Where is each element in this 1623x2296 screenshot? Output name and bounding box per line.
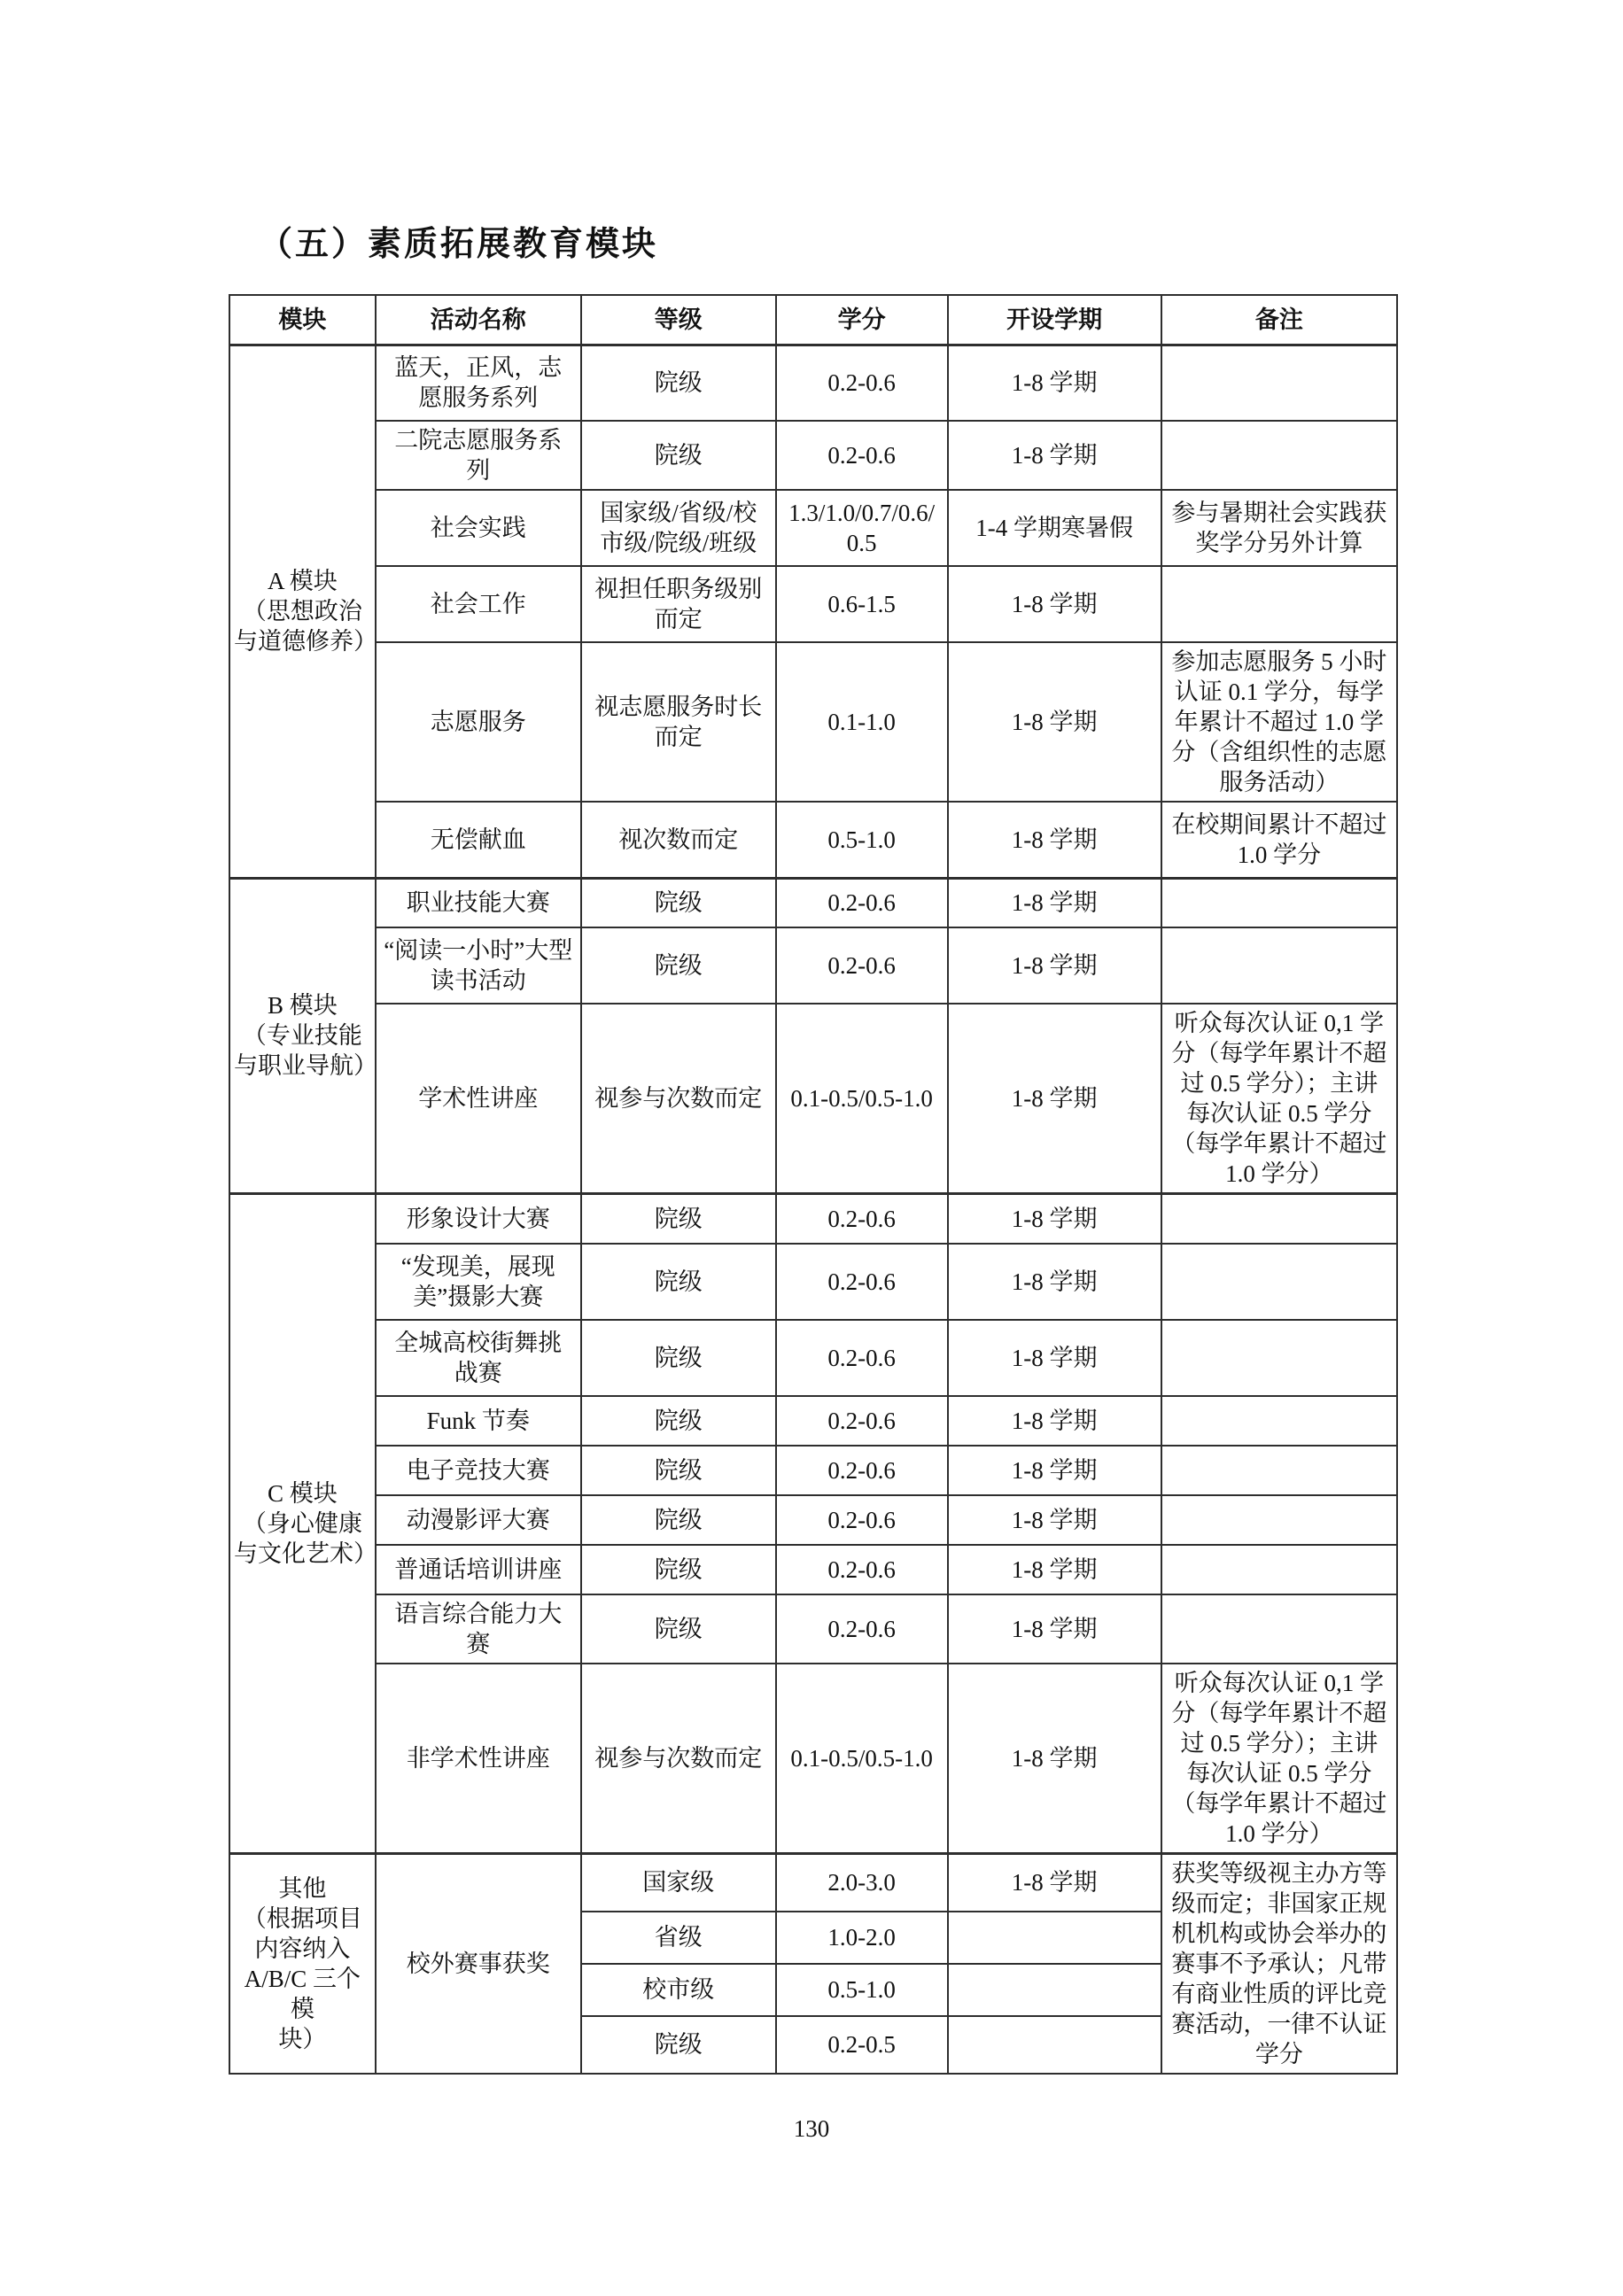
table-row: 二院志愿服务系列 院级 0.2-0.6 1-8 学期 [229, 421, 1397, 490]
credit-cell: 0.5-1.0 [776, 802, 948, 878]
level-cell: 院级 [581, 345, 776, 421]
table-row: C 模块 （身心健康 与文化艺术） 形象设计大赛 院级 0.2-0.6 1-8 … [229, 1194, 1397, 1244]
semester-cell: 1-8 学期 [948, 1244, 1161, 1320]
semester-cell: 1-8 学期 [948, 1545, 1161, 1594]
semester-cell: 1-8 学期 [948, 1320, 1161, 1396]
table-row: 社会实践 国家级/省级/校市级/院级/班级 1.3/1.0/0.7/0.6/0.… [229, 490, 1397, 566]
table-row: B 模块 （专业技能 与职业导航） 职业技能大赛 院级 0.2-0.6 1-8 … [229, 878, 1397, 927]
level-cell: 国家级 [581, 1853, 776, 1911]
table-row: 其他 （根据项目 内容纳入 A/B/C 三个模 块） 校外赛事获奖 国家级 2.… [229, 1853, 1397, 1911]
remark-cell [1161, 1446, 1397, 1495]
credit-cell: 0.2-0.5 [776, 2016, 948, 2074]
credit-cell: 0.1-1.0 [776, 642, 948, 802]
quality-credit-table: 模块 活动名称 等级 学分 开设学期 备注 A 模块 （思想政治 与道德修养） … [229, 294, 1398, 2075]
table-row: 非学术性讲座 视参与次数而定 0.1-0.5/0.5-1.0 1-8 学期 听众… [229, 1664, 1397, 1854]
credit-cell: 0.2-0.6 [776, 345, 948, 421]
semester-cell [948, 1912, 1161, 1964]
table-row: 无偿献血 视次数而定 0.5-1.0 1-8 学期 在校期间累计不超过 1.0 … [229, 802, 1397, 878]
activity-cell: 语言综合能力大赛 [376, 1594, 581, 1664]
credit-cell: 0.2-0.6 [776, 878, 948, 927]
activity-cell: 校外赛事获奖 [376, 1853, 581, 2074]
header-level: 等级 [581, 295, 776, 345]
credit-cell: 0.2-0.6 [776, 421, 948, 490]
level-cell: 视志愿服务时长而定 [581, 642, 776, 802]
credit-cell: 1.0-2.0 [776, 1912, 948, 1964]
module-a-cell: A 模块 （思想政治 与道德修养） [229, 345, 376, 878]
remark-cell [1161, 566, 1397, 642]
credit-cell: 0.2-0.6 [776, 1495, 948, 1545]
table-row: A 模块 （思想政治 与道德修养） 蓝天，正风，志愿服务系列 院级 0.2-0.… [229, 345, 1397, 421]
remark-cell [1161, 927, 1397, 1004]
level-cell: 院级 [581, 1495, 776, 1545]
header-semester: 开设学期 [948, 295, 1161, 345]
header-row: 模块 活动名称 等级 学分 开设学期 备注 [229, 295, 1397, 345]
credit-cell: 0.2-0.6 [776, 1446, 948, 1495]
module-other-cell: 其他 （根据项目 内容纳入 A/B/C 三个模 块） [229, 1853, 376, 2074]
activity-cell: 二院志愿服务系列 [376, 421, 581, 490]
semester-cell: 1-8 学期 [948, 1446, 1161, 1495]
level-cell: 院级 [581, 1545, 776, 1594]
table-row: 学术性讲座 视参与次数而定 0.1-0.5/0.5-1.0 1-8 学期 听众每… [229, 1004, 1397, 1194]
table-row: 社会工作 视担任职务级别而定 0.6-1.5 1-8 学期 [229, 566, 1397, 642]
header-remark: 备注 [1161, 295, 1397, 345]
level-cell: 院级 [581, 1446, 776, 1495]
level-cell: 院级 [581, 1396, 776, 1446]
credit-cell: 1.3/1.0/0.7/0.6/0.5 [776, 490, 948, 566]
level-cell: 视参与次数而定 [581, 1004, 776, 1194]
module-b-cell: B 模块 （专业技能 与职业导航） [229, 878, 376, 1194]
remark-cell [1161, 421, 1397, 490]
level-cell: 校市级 [581, 1964, 776, 2016]
semester-cell: 1-8 学期 [948, 345, 1161, 421]
level-cell: 院级 [581, 1320, 776, 1396]
remark-cell [1161, 1320, 1397, 1396]
module-c-cell: C 模块 （身心健康 与文化艺术） [229, 1194, 376, 1854]
remark-cell: 听众每次认证 0,1 学分（每学年累计不超过 0.5 学分）；主讲每次认证 0.… [1161, 1664, 1397, 1854]
activity-cell: 全城高校街舞挑战赛 [376, 1320, 581, 1396]
remark-cell: 参与暑期社会实践获奖学分另外计算 [1161, 490, 1397, 566]
table-row: 动漫影评大赛 院级 0.2-0.6 1-8 学期 [229, 1495, 1397, 1545]
activity-cell: 形象设计大赛 [376, 1194, 581, 1244]
activity-cell: 非学术性讲座 [376, 1664, 581, 1854]
credit-cell: 0.5-1.0 [776, 1964, 948, 2016]
level-cell: 院级 [581, 878, 776, 927]
credit-cell: 0.2-0.6 [776, 1545, 948, 1594]
header-activity: 活动名称 [376, 295, 581, 345]
credit-cell: 0.2-0.6 [776, 1320, 948, 1396]
credit-cell: 0.2-0.6 [776, 1194, 948, 1244]
activity-cell: “发现美，展现美”摄影大赛 [376, 1244, 581, 1320]
activity-cell: 普通话培训讲座 [376, 1545, 581, 1594]
table-row: 普通话培训讲座 院级 0.2-0.6 1-8 学期 [229, 1545, 1397, 1594]
credit-cell: 0.2-0.6 [776, 1244, 948, 1320]
level-cell: 视参与次数而定 [581, 1664, 776, 1854]
semester-cell: 1-8 学期 [948, 1194, 1161, 1244]
remark-cell [1161, 1396, 1397, 1446]
table-row: 语言综合能力大赛 院级 0.2-0.6 1-8 学期 [229, 1594, 1397, 1664]
activity-cell: “阅读一小时”大型读书活动 [376, 927, 581, 1004]
table-row: “阅读一小时”大型读书活动 院级 0.2-0.6 1-8 学期 [229, 927, 1397, 1004]
credit-cell: 0.1-0.5/0.5-1.0 [776, 1004, 948, 1194]
level-cell: 省级 [581, 1912, 776, 1964]
table-row: “发现美，展现美”摄影大赛 院级 0.2-0.6 1-8 学期 [229, 1244, 1397, 1320]
credit-cell: 0.6-1.5 [776, 566, 948, 642]
level-cell: 院级 [581, 2016, 776, 2074]
remark-cell [1161, 1545, 1397, 1594]
table-row: 全城高校街舞挑战赛 院级 0.2-0.6 1-8 学期 [229, 1320, 1397, 1396]
level-cell: 院级 [581, 1244, 776, 1320]
remark-cell [1161, 1594, 1397, 1664]
table-row: Funk 节奏 院级 0.2-0.6 1-8 学期 [229, 1396, 1397, 1446]
semester-cell: 1-8 学期 [948, 878, 1161, 927]
remark-cell [1161, 1495, 1397, 1545]
semester-cell: 1-8 学期 [948, 1004, 1161, 1194]
document-page: { "page": { "title": "（五）素质拓展教育模块", "pag… [0, 0, 1623, 2296]
level-cell: 国家级/省级/校市级/院级/班级 [581, 490, 776, 566]
activity-cell: 社会工作 [376, 566, 581, 642]
semester-cell: 1-8 学期 [948, 1495, 1161, 1545]
activity-cell: 职业技能大赛 [376, 878, 581, 927]
semester-cell: 1-8 学期 [948, 1664, 1161, 1854]
remark-cell: 听众每次认证 0,1 学分（每学年累计不超过 0.5 学分）；主讲每次认证 0.… [1161, 1004, 1397, 1194]
semester-cell: 1-4 学期寒暑假 [948, 490, 1161, 566]
semester-cell: 1-8 学期 [948, 642, 1161, 802]
remark-cell: 在校期间累计不超过 1.0 学分 [1161, 802, 1397, 878]
remark-cell: 参加志愿服务 5 小时认证 0.1 学分，每学年累计不超过 1.0 学分（含组织… [1161, 642, 1397, 802]
credit-cell: 0.2-0.6 [776, 1396, 948, 1446]
table-row: 电子竞技大赛 院级 0.2-0.6 1-8 学期 [229, 1446, 1397, 1495]
semester-cell [948, 2016, 1161, 2074]
level-cell: 视担任职务级别而定 [581, 566, 776, 642]
credit-cell: 0.2-0.6 [776, 1594, 948, 1664]
level-cell: 院级 [581, 1594, 776, 1664]
activity-cell: 学术性讲座 [376, 1004, 581, 1194]
remark-cell [1161, 1244, 1397, 1320]
credit-cell: 0.2-0.6 [776, 927, 948, 1004]
semester-cell: 1-8 学期 [948, 1396, 1161, 1446]
semester-cell: 1-8 学期 [948, 1594, 1161, 1664]
level-cell: 院级 [581, 1194, 776, 1244]
semester-cell: 1-8 学期 [948, 927, 1161, 1004]
semester-cell [948, 1964, 1161, 2016]
header-credit: 学分 [776, 295, 948, 345]
remark-cell [1161, 878, 1397, 927]
remark-cell [1161, 1194, 1397, 1244]
semester-cell: 1-8 学期 [948, 802, 1161, 878]
level-cell: 院级 [581, 927, 776, 1004]
credit-cell: 2.0-3.0 [776, 1853, 948, 1911]
credit-cell: 0.1-0.5/0.5-1.0 [776, 1664, 948, 1854]
page-title: （五）素质拓展教育模块 [259, 216, 658, 265]
remark-cell [1161, 345, 1397, 421]
activity-cell: 社会实践 [376, 490, 581, 566]
remark-cell: 获奖等级视主办方等级而定；非国家正规机机构或协会举办的赛事不予承认；凡带有商业性… [1161, 1853, 1397, 2074]
activity-cell: 动漫影评大赛 [376, 1495, 581, 1545]
activity-cell: 志愿服务 [376, 642, 581, 802]
header-module: 模块 [229, 295, 376, 345]
page-number: 130 [0, 2115, 1623, 2143]
semester-cell: 1-8 学期 [948, 566, 1161, 642]
level-cell: 视次数而定 [581, 802, 776, 878]
semester-cell: 1-8 学期 [948, 1853, 1161, 1911]
table-row: 志愿服务 视志愿服务时长而定 0.1-1.0 1-8 学期 参加志愿服务 5 小… [229, 642, 1397, 802]
activity-cell: 无偿献血 [376, 802, 581, 878]
level-cell: 院级 [581, 421, 776, 490]
activity-cell: 电子竞技大赛 [376, 1446, 581, 1495]
semester-cell: 1-8 学期 [948, 421, 1161, 490]
activity-cell: Funk 节奏 [376, 1396, 581, 1446]
activity-cell: 蓝天，正风，志愿服务系列 [376, 345, 581, 421]
